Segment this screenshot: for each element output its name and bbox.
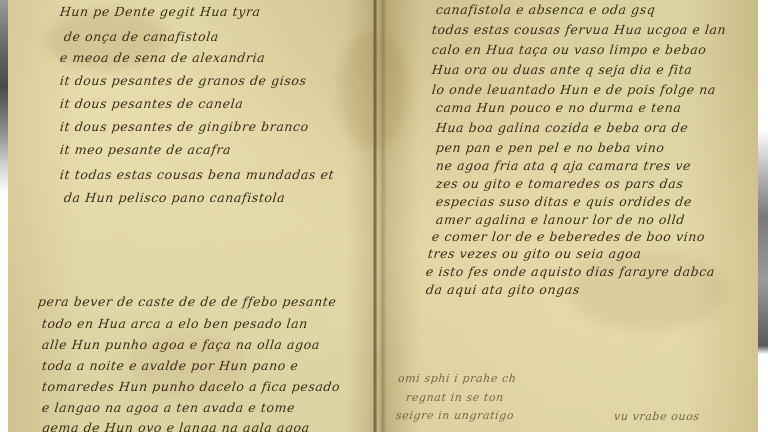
text-line: ne agoa fria ata q aja camara tres ve <box>435 158 692 173</box>
text-line: it dous pesantes de gingibre branco <box>59 119 309 134</box>
text-line: cama Hun pouco e no durma e tena <box>435 100 682 115</box>
text-line: Hua ora ou duas ante q seja dia e fita <box>431 62 693 77</box>
text-line: calo en Hua taça ou vaso limpo e bebao <box>431 42 707 57</box>
text-line: e langao na agoa a ten avada e tome <box>41 400 296 415</box>
text-line: de onça de canafistola <box>63 29 220 44</box>
marginalia-line: seigre in ungratigo <box>395 409 514 422</box>
text-line: it dous pesantes de granos de gisos <box>59 73 307 88</box>
text-line: da Hun pelisco pano canafistola <box>63 190 286 205</box>
text-line: especias suso ditas e quis ordides de <box>435 194 693 209</box>
text-line: e comer lor de e beberedes de boo vino <box>431 229 706 244</box>
text-line: e meoa de sena de alexandria <box>59 50 266 65</box>
marginalia-line: regnat in se ton <box>405 391 504 404</box>
text-line: pen pan e pen pel e no beba vino <box>435 140 665 155</box>
text-line: e isto fes onde aquisto dias farayre dab… <box>425 264 716 279</box>
left-edge-border <box>0 0 8 432</box>
text-line: toda a noite e avalde por Hun pano e <box>41 358 299 373</box>
text-line: canafistola e absenca e oda gsq <box>435 2 656 17</box>
text-line: da aqui ata gito ongas <box>425 282 581 297</box>
right-page: canafistola e absenca e oda gsq todas es… <box>384 0 750 432</box>
text-line: todas estas cousas fervua Hua ucgoa e la… <box>431 22 727 37</box>
text-line: it todas estas cousas bena mundadas et <box>59 167 335 182</box>
text-line: alle Hun punho agoa e faça na olla agoa <box>41 337 321 352</box>
right-edge-border <box>758 0 768 432</box>
text-line: tres vezes ou gito ou seia agoa <box>427 246 642 261</box>
text-line: tomaredes Hun punho dacelo a fica pesado <box>41 379 341 394</box>
marginalia-line: omi sphi i prahe ch <box>397 372 517 385</box>
text-line: it dous pesantes de canela <box>59 96 244 111</box>
marginalia-line: vu vrabe ouos <box>613 410 700 423</box>
text-line: amer agalina e lanour lor de no olld <box>435 212 686 227</box>
text-line: gema de Hun ovo e langa na agla agoa <box>41 420 310 432</box>
text-line: zes ou gito e tomaredes os pars das <box>435 176 684 191</box>
text-line: lo onde leuantado Hun e de pois folge na <box>431 82 717 97</box>
text-line: it meo pesante de acafra <box>59 142 232 157</box>
text-line: Hua boa galina cozida e beba ora de <box>435 120 689 135</box>
text-line: Hun pe Dente gegit Hua tyra <box>59 4 261 19</box>
left-page: Hun pe Dente gegit Hua tyra de onça de c… <box>8 0 374 432</box>
text-line: todo en Hua arca a elo ben pesado lan <box>41 316 308 331</box>
text-line: pera bever de caste de de de ffebo pesan… <box>37 294 337 309</box>
